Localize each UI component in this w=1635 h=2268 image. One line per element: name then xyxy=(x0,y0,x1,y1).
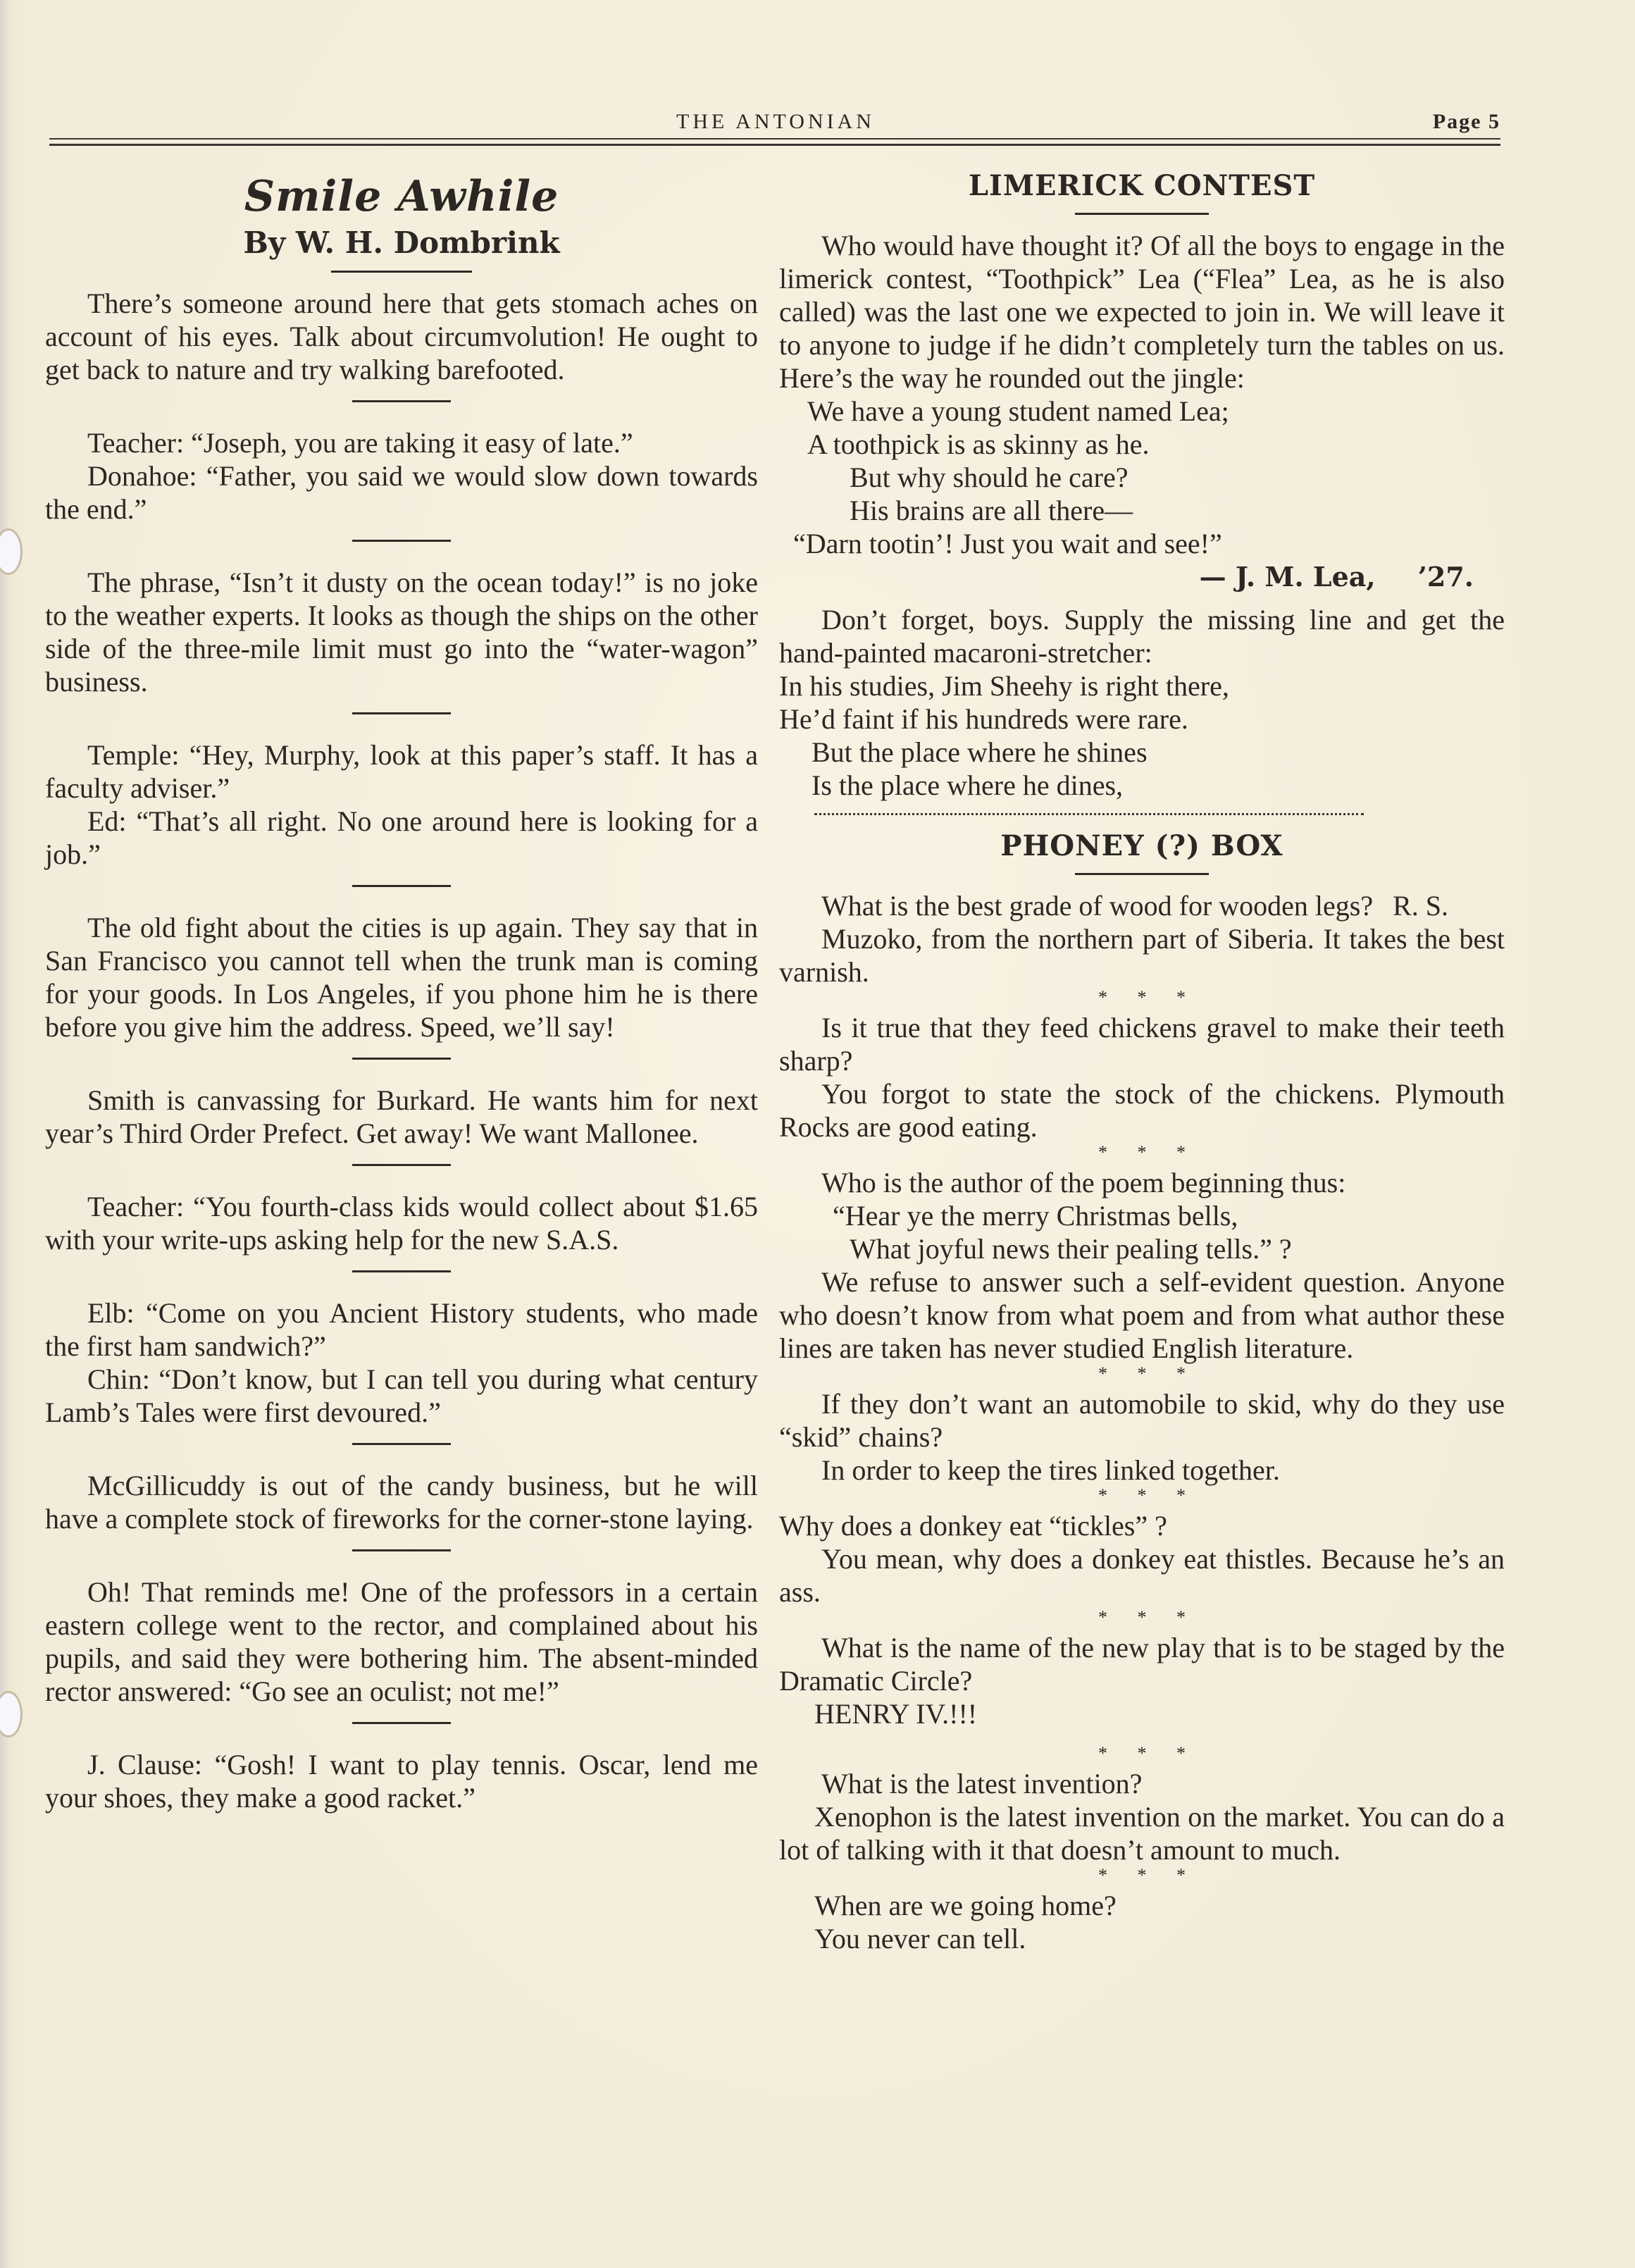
divider xyxy=(352,400,451,402)
verse-line: “Hear ye the merry Christmas bells, xyxy=(779,1199,1505,1232)
contest-prompt: Don’t forget, boys. Supply the missing l… xyxy=(779,603,1505,669)
separator-stars: * * * xyxy=(779,1488,1505,1504)
signature-name: — J. M. Lea, xyxy=(1200,561,1376,593)
joke-dialogue-line: Chin: “Don’t know, but I can tell you du… xyxy=(45,1363,758,1429)
page-header: THE ANTONIAN Page 5 xyxy=(49,106,1500,141)
binder-edge xyxy=(0,0,8,2268)
question: If they don’t want an automobile to skid… xyxy=(779,1387,1505,1454)
question: What is the latest invention? xyxy=(779,1767,1505,1800)
limerick-verse: We have a young student named Lea; A too… xyxy=(779,395,1505,560)
byline: By W. H. Dombrink xyxy=(45,225,758,261)
divider xyxy=(352,540,451,542)
joke-dialogue-line: Ed: “That’s all right. No one around her… xyxy=(45,805,758,871)
separator-stars: * * * xyxy=(779,1145,1505,1160)
section-heading: PHONEY (?) BOX xyxy=(779,829,1505,863)
answer: HENRY IV.!!! xyxy=(779,1697,1505,1730)
author-signature: — J. M. Lea,’27. xyxy=(779,560,1505,593)
joke-paragraph: Smith is canvassing for Burkard. He want… xyxy=(45,1084,758,1150)
verse-line: We have a young student named Lea; xyxy=(779,395,1505,428)
joke-paragraph: Oh! That reminds me! One of the professo… xyxy=(45,1575,758,1708)
verse-line: But the place where he shines xyxy=(779,736,1505,769)
question: Why does a donkey eat “tickles” ? xyxy=(779,1509,1505,1542)
answer: Muzoko, from the northern part of Siberi… xyxy=(779,922,1505,989)
verse-line: Is the place where he dines, xyxy=(779,769,1505,802)
header-rule xyxy=(49,144,1500,146)
divider xyxy=(352,1270,451,1272)
joke-dialogue-line: Temple: “Hey, Murphy, look at this paper… xyxy=(45,738,758,805)
right-column: LIMERICK CONTEST Who would have thought … xyxy=(779,169,1505,1955)
verse-line: In his studies, Jim Sheehy is right ther… xyxy=(779,669,1505,702)
divider xyxy=(1075,873,1209,875)
divider xyxy=(352,1058,451,1060)
separator-stars: * * * xyxy=(779,1868,1505,1883)
section-heading: LIMERICK CONTEST xyxy=(779,169,1505,203)
joke-paragraph: The old fight about the cities is up aga… xyxy=(45,911,758,1043)
divider xyxy=(1075,213,1209,215)
joke-paragraph: McGillicuddy is out of the candy busines… xyxy=(45,1469,758,1535)
verse-line: He’d faint if his hundreds were rare. xyxy=(779,702,1505,736)
question: When are we going home? xyxy=(779,1889,1505,1922)
verse-line: But why should he care? xyxy=(779,461,1505,494)
divider xyxy=(352,1443,451,1445)
qa-item: When are we going home? You never can te… xyxy=(779,1889,1505,1955)
quoted-poem: “Hear ye the merry Christmas bells, What… xyxy=(779,1199,1505,1265)
qa-item: If they don’t want an automobile to skid… xyxy=(779,1387,1505,1487)
joke-dialogue-line: Teacher: “Joseph, you are taking it easy… xyxy=(45,426,758,459)
verse-line: A toothpick is as skinny as he. xyxy=(779,428,1505,461)
limerick-contest-section: LIMERICK CONTEST Who would have thought … xyxy=(779,169,1505,815)
limerick-intro: Who would have thought it? Of all the bo… xyxy=(779,229,1505,395)
verse-line: His brains are all there— xyxy=(779,494,1505,527)
answer: Xenophon is the latest invention on the … xyxy=(779,1800,1505,1866)
joke-paragraph: Teacher: “You fourth-class kids would co… xyxy=(45,1190,758,1256)
question: Who is the author of the poem beginning … xyxy=(779,1166,1505,1199)
qa-item: What is the name of the new play that is… xyxy=(779,1631,1505,1730)
verse-line: What joyful news their pealing tells.” ? xyxy=(779,1232,1505,1265)
publication-title: THE ANTONIAN xyxy=(676,110,875,134)
answer: You forgot to state the stock of the chi… xyxy=(779,1077,1505,1144)
page-number: Page 5 xyxy=(1433,110,1500,134)
answer: In order to keep the tires linked togeth… xyxy=(779,1454,1505,1487)
joke-dialogue-line: Donahoe: “Father, you said we would slow… xyxy=(45,459,758,526)
divider xyxy=(352,1164,451,1166)
column-title: Smile Awhile xyxy=(45,173,758,220)
qa-item: Is it true that they feed chickens grave… xyxy=(779,1011,1505,1144)
joke-paragraph: There’s someone around here that gets st… xyxy=(45,287,758,386)
separator-stars: * * * xyxy=(779,1366,1505,1382)
joke-dialogue-line: Elb: “Come on you Ancient History studen… xyxy=(45,1296,758,1363)
signature-year: ’27. xyxy=(1418,561,1474,593)
question: What is the name of the new play that is… xyxy=(779,1631,1505,1697)
divider xyxy=(352,1549,451,1551)
incomplete-verse: In his studies, Jim Sheehy is right ther… xyxy=(779,669,1505,802)
question: Is it true that they feed chickens grave… xyxy=(779,1011,1505,1077)
smile-awhile-column: Smile Awhile By W. H. Dombrink There’s s… xyxy=(45,169,758,1814)
answer: You mean, why does a donkey eat thistles… xyxy=(779,1542,1505,1609)
divider xyxy=(352,885,451,887)
separator-stars: * * * xyxy=(779,1746,1505,1761)
separator-stars: * * * xyxy=(779,990,1505,1005)
separator-stars: * * * xyxy=(779,1610,1505,1625)
answer: You never can tell. xyxy=(779,1922,1505,1955)
missing-line-blank xyxy=(814,813,1364,815)
divider xyxy=(352,712,451,714)
phoney-box-section: PHONEY (?) BOX What is the best grade of… xyxy=(779,829,1505,1955)
header-rule xyxy=(49,138,1500,140)
qa-item: What is the latest invention? Xenophon i… xyxy=(779,1767,1505,1866)
qa-item: Why does a donkey eat “tickles” ? You me… xyxy=(779,1509,1505,1609)
answer: We refuse to answer such a self-evident … xyxy=(779,1265,1505,1365)
joke-paragraph: J. Clause: “Gosh! I want to play tennis.… xyxy=(45,1748,758,1814)
verse-line: “Darn tootin’! Just you wait and see!” xyxy=(779,527,1505,560)
qa-item: Who is the author of the poem beginning … xyxy=(779,1166,1505,1365)
qa-item: What is the best grade of wood for woode… xyxy=(779,889,1505,989)
joke-paragraph: The phrase, “Isn’t it dusty on the ocean… xyxy=(45,566,758,698)
divider xyxy=(352,1722,451,1724)
divider xyxy=(331,271,472,273)
